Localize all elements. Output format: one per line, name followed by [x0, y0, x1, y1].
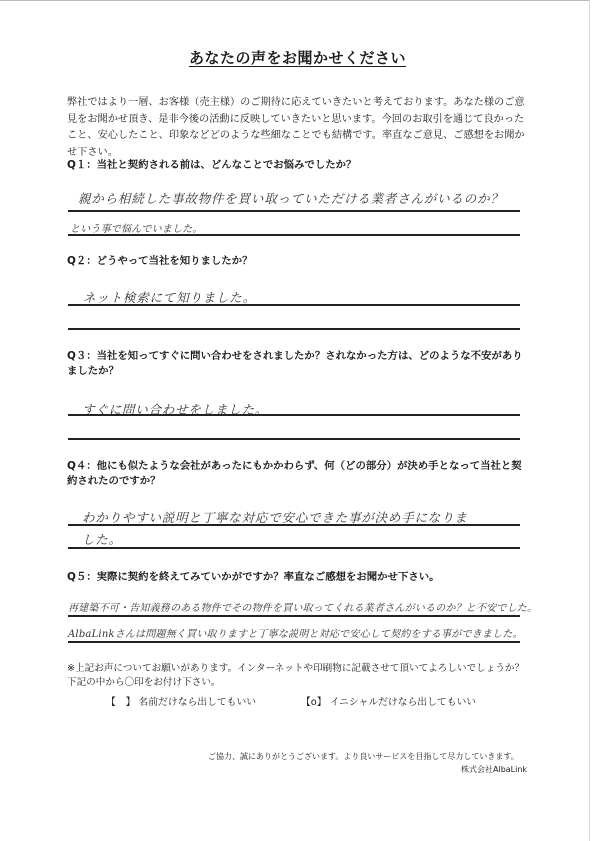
answer-5-rule-2	[68, 641, 520, 643]
question-3: Q３：当社を知ってすぐに問い合わせをされましたか？されなかった方は、どのような不…	[67, 349, 529, 379]
question-5: Q５：実際に契約を終えてみていかがですか？率直なご感想をお聞かせ下さい。	[67, 570, 529, 585]
page-title-text: あなたの声をお聞かせください	[189, 49, 406, 67]
answer-2-rule-2	[68, 328, 520, 330]
answer-1-line-1: 親から相続した事故物件を買い取っていただける業者さんがいるのか？	[78, 189, 504, 207]
page-right-border	[589, 0, 590, 841]
answer-4-rule-2	[68, 547, 520, 549]
thanks-message: ご協力、誠にありがとうございます。より良いサービスを目指して尽力していきます。	[208, 751, 519, 762]
question-1: Q１：当社と契約される前は、どんなことでお悩みでしたか？	[67, 158, 529, 173]
answer-3-rule-1	[68, 414, 520, 416]
company-name: 株式会社AlbaLink	[461, 764, 527, 775]
question-2: Q２：どうやって当社を知りましたか？	[67, 254, 529, 269]
option-checkbox[interactable]: 【o】	[301, 697, 327, 708]
answer-5-line-1: 再建築不可・告知義務のある物件でその物件を買い取ってくれる業者さんがいるのか？と…	[68, 599, 537, 614]
answer-1-rule-1	[68, 210, 520, 212]
consent-note: ※上記お声についてお願いがあります。インターネットや印刷物に記載させて頂いてよろ…	[67, 662, 529, 689]
answer-1-rule-2	[68, 234, 520, 236]
answer-4-line-2: した。	[82, 530, 122, 548]
answer-5-line-2: AlbaLinkさんは問題無く買い取りますと丁寧な説明と対応で安心して契約をする…	[68, 625, 523, 640]
page-title: あなたの声をお聞かせください	[0, 47, 595, 68]
page-top-border	[0, 0, 590, 1]
answer-3-rule-2	[68, 438, 520, 440]
answer-5-rule-1	[68, 615, 520, 617]
option-label: イニシャルだけなら出してもいい	[330, 697, 476, 708]
consent-option-initial[interactable]: 【o】 イニシャルだけなら出してもいい	[301, 694, 476, 708]
option-checkbox[interactable]: 【 】	[106, 697, 135, 708]
question-4: Q４：他にも似たような会社があったにもかかわらず、何（どの部分）が決め手となって…	[67, 459, 529, 489]
intro-paragraph: 弊社ではより一層、お客様（売主様）のご期待に応えていきたいと考えております。あな…	[67, 95, 529, 161]
option-label: 名前だけなら出してもいい	[139, 697, 257, 708]
answer-4-rule-1	[68, 524, 520, 526]
consent-option-name[interactable]: 【 】 名前だけなら出してもいい	[106, 694, 256, 708]
answer-1-line-2: という事で悩んでいました。	[70, 220, 203, 235]
answer-2-rule-1	[68, 304, 520, 306]
